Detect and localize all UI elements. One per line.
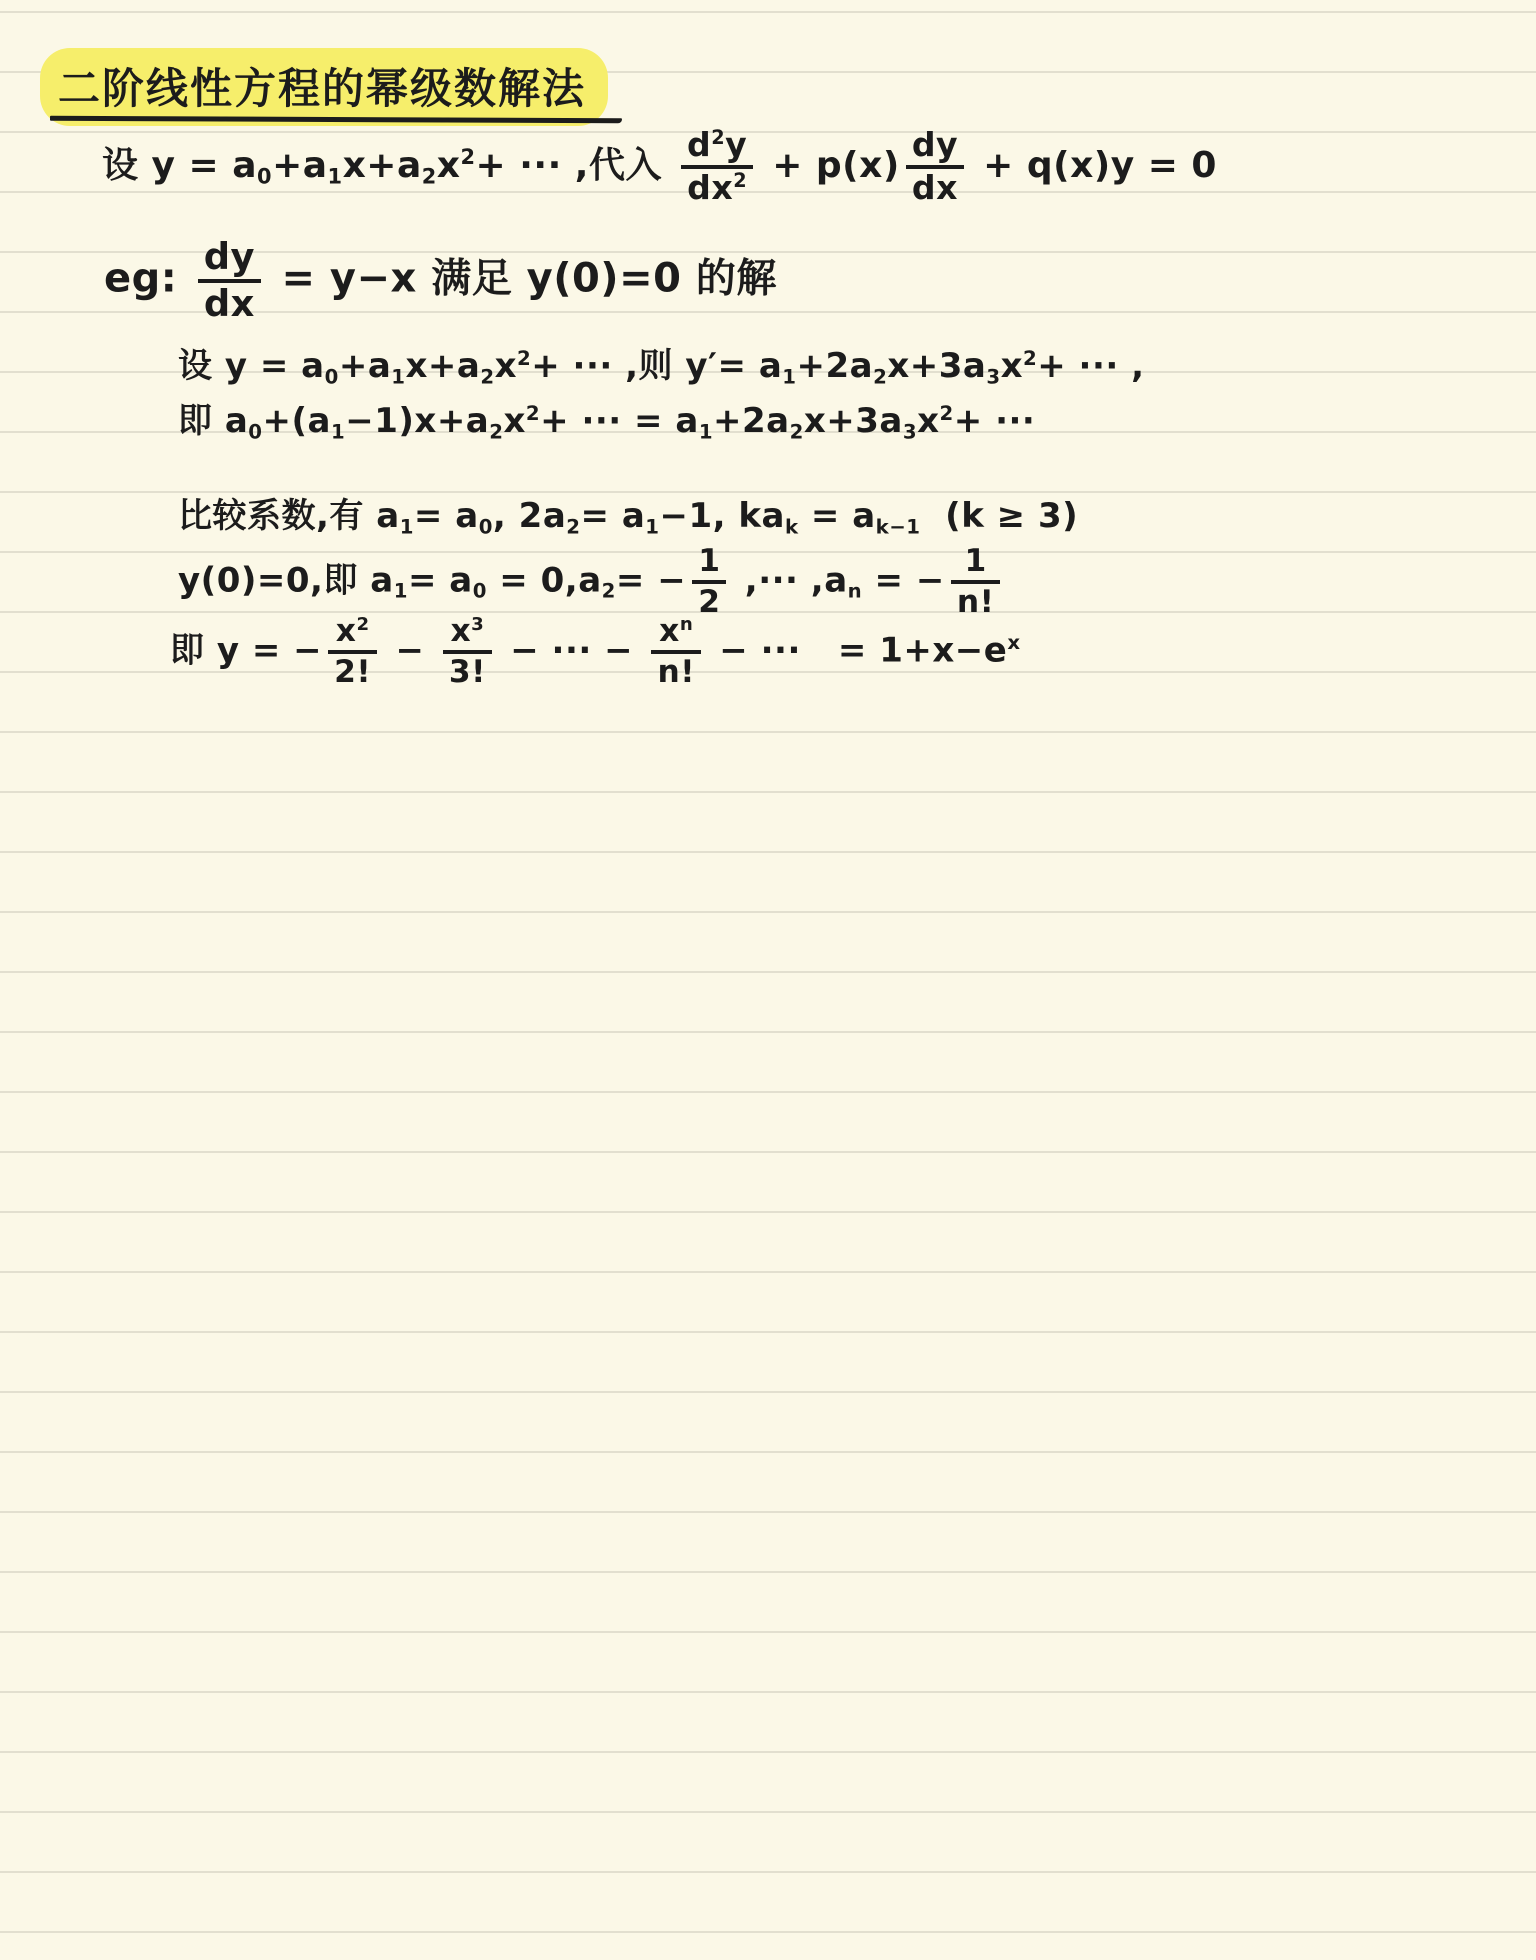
text-run: x+3a bbox=[804, 401, 903, 441]
text-run: dy bbox=[204, 235, 255, 278]
note-line-example-problem: eg: dydx = y−x 满足 y(0)=0 的解 bbox=[104, 238, 777, 323]
fraction-denominator: 3! bbox=[443, 650, 492, 689]
subscript: 3 bbox=[986, 365, 1000, 388]
fraction: dydx bbox=[198, 238, 261, 323]
fraction-numerator: dy bbox=[906, 128, 964, 165]
subscript: 1 bbox=[394, 580, 408, 603]
text-run: y(0)=0,即 a bbox=[178, 560, 394, 600]
text-run: dy bbox=[912, 125, 958, 164]
subscript: 0 bbox=[248, 420, 262, 443]
text-run: x bbox=[336, 613, 357, 649]
subscript: 2 bbox=[480, 365, 494, 388]
notebook-page: 二阶线性方程的幂级数解法 设 y = a0+a1x+a2x2+ ··· ,代入 … bbox=[0, 0, 1536, 1960]
text-run: 比较系数,有 a bbox=[178, 496, 400, 536]
fraction-denominator: n! bbox=[651, 650, 701, 689]
subscript: 1 bbox=[391, 365, 405, 388]
superscript: n bbox=[680, 614, 693, 635]
fraction-denominator: n! bbox=[951, 580, 1001, 619]
text-run: , 2a bbox=[493, 496, 566, 536]
note-line-assume-series-derivative: 设 y = a0+a1x+a2x2+ ··· ,则 y′= a1+2a2x+3a… bbox=[178, 345, 1145, 390]
fraction-denominator: 2! bbox=[328, 650, 377, 689]
text-run: 即 y = − bbox=[170, 630, 322, 670]
text-run: y bbox=[725, 125, 747, 164]
text-run: x bbox=[495, 346, 517, 386]
fraction-numerator: xn bbox=[653, 615, 699, 650]
subscript: k bbox=[785, 515, 799, 538]
fraction: xnn! bbox=[651, 615, 701, 689]
fraction-denominator: dx bbox=[198, 279, 261, 324]
note-line-series-substitution-equation: 设 y = a0+a1x+a2x2+ ··· ,代入 d2ydx2 + p(x)… bbox=[102, 128, 1217, 206]
text-run: 设 y = a bbox=[178, 346, 325, 386]
superscript: 2 bbox=[356, 614, 369, 635]
text-run: −1, ka bbox=[660, 496, 785, 536]
superscript: 2 bbox=[711, 126, 725, 149]
text-run: 1 bbox=[698, 543, 720, 579]
fraction-numerator: 1 bbox=[958, 545, 992, 580]
text-run: = a bbox=[408, 560, 473, 600]
text-run: (k ≥ 3) bbox=[921, 496, 1079, 536]
fraction: x33! bbox=[443, 615, 492, 689]
text-run: x bbox=[450, 613, 471, 649]
subscript: 2 bbox=[566, 515, 580, 538]
subscript: 1 bbox=[699, 420, 713, 443]
fraction-denominator: 2 bbox=[692, 580, 726, 619]
subscript: 3 bbox=[903, 420, 917, 443]
text-run: x+3a bbox=[887, 346, 986, 386]
text-run: 3! bbox=[449, 654, 486, 690]
text-run: x+a bbox=[343, 145, 422, 186]
text-run: 设 y = a bbox=[102, 145, 257, 186]
text-run: +a bbox=[272, 145, 327, 186]
page-title: 二阶线性方程的幂级数解法 bbox=[40, 48, 608, 126]
text-run: 2! bbox=[334, 654, 371, 690]
text-run: − bbox=[383, 630, 437, 670]
fraction-denominator: dx bbox=[906, 165, 964, 206]
text-run: = − bbox=[616, 560, 686, 600]
text-run: − ··· − bbox=[498, 630, 646, 670]
subscript: k−1 bbox=[876, 515, 921, 538]
text-run: = y−x 满足 y(0)=0 的解 bbox=[267, 256, 777, 302]
text-run: + p(x) bbox=[759, 145, 900, 186]
text-run: = a bbox=[799, 496, 876, 536]
subscript: 2 bbox=[873, 365, 887, 388]
fraction: 1n! bbox=[951, 545, 1001, 619]
subscript: n bbox=[848, 580, 863, 603]
fraction-numerator: x2 bbox=[330, 615, 376, 650]
fraction: x22! bbox=[328, 615, 377, 689]
subscript: 2 bbox=[422, 164, 437, 188]
fraction: dydx bbox=[906, 128, 964, 206]
subscript: 1 bbox=[331, 420, 345, 443]
note-line-compare-coefficients: 比较系数,有 a1= a0, 2a2= a1−1, kak = ak−1 (k … bbox=[178, 495, 1078, 540]
subscript: 2 bbox=[489, 420, 503, 443]
superscript: x bbox=[1007, 631, 1020, 654]
text-run: n! bbox=[657, 654, 695, 690]
text-run: eg: bbox=[104, 256, 192, 302]
text-run: = a bbox=[581, 496, 646, 536]
text-run: − ··· = 1+x−e bbox=[707, 630, 1007, 670]
text-run: + ··· bbox=[954, 401, 1036, 441]
superscript: 2 bbox=[526, 402, 540, 425]
fraction: d2ydx2 bbox=[681, 128, 753, 206]
subscript: 1 bbox=[645, 515, 659, 538]
fraction: 12 bbox=[692, 545, 726, 619]
fraction-numerator: 1 bbox=[692, 545, 726, 580]
superscript: 2 bbox=[517, 347, 531, 370]
text-run: + ··· , bbox=[1037, 346, 1144, 386]
subscript: 0 bbox=[473, 580, 487, 603]
text-run: x bbox=[1001, 346, 1023, 386]
text-run: = a bbox=[414, 496, 479, 536]
fraction-numerator: dy bbox=[198, 238, 261, 279]
subscript: 0 bbox=[325, 365, 339, 388]
text-run: = − bbox=[862, 560, 945, 600]
note-line-final-solution: 即 y = −x22! − x33! − ··· − xnn! − ··· = … bbox=[170, 615, 1021, 689]
text-run: x bbox=[503, 401, 525, 441]
text-run: +(a bbox=[263, 401, 331, 441]
text-run: + ··· = a bbox=[540, 401, 699, 441]
subscript: 2 bbox=[790, 420, 804, 443]
fraction-numerator: x3 bbox=[444, 615, 490, 650]
text-run: d bbox=[687, 125, 711, 164]
text-run: x bbox=[437, 145, 461, 186]
text-run: dx bbox=[912, 168, 958, 207]
text-run: dx bbox=[204, 282, 255, 325]
text-run: + ··· ,则 y′= a bbox=[531, 346, 782, 386]
superscript: 3 bbox=[471, 614, 484, 635]
text-run: −1)x+a bbox=[345, 401, 489, 441]
fraction-denominator: dx2 bbox=[681, 165, 753, 206]
text-run: dx bbox=[687, 168, 733, 207]
subscript: 1 bbox=[782, 365, 796, 388]
note-line-equated-series: 即 a0+(a1−1)x+a2x2+ ··· = a1+2a2x+3a3x2+ … bbox=[178, 400, 1035, 445]
text-run: 1 bbox=[964, 543, 986, 579]
superscript: 2 bbox=[733, 169, 747, 192]
subscript: 0 bbox=[479, 515, 493, 538]
page-title-text: 二阶线性方程的幂级数解法 bbox=[58, 64, 586, 113]
text-run: = 0,a bbox=[487, 560, 602, 600]
subscript: 1 bbox=[400, 515, 414, 538]
text-run: x bbox=[917, 401, 939, 441]
fraction-numerator: d2y bbox=[681, 128, 753, 165]
text-run: x bbox=[659, 613, 680, 649]
subscript: 1 bbox=[328, 164, 343, 188]
superscript: 2 bbox=[461, 145, 476, 169]
text-run: + ··· ,代入 bbox=[476, 145, 675, 186]
text-run: 即 a bbox=[178, 401, 248, 441]
text-run: +2a bbox=[797, 346, 874, 386]
note-line-initial-condition-coefficients: y(0)=0,即 a1= a0 = 0,a2= −12 ,··· ,an = −… bbox=[178, 545, 1006, 619]
text-run: +a bbox=[339, 346, 391, 386]
text-run: +2a bbox=[713, 401, 790, 441]
text-run: + q(x)y = 0 bbox=[970, 145, 1217, 186]
subscript: 0 bbox=[257, 164, 272, 188]
subscript: 2 bbox=[602, 580, 616, 603]
text-run: x+a bbox=[405, 346, 480, 386]
superscript: 2 bbox=[1023, 347, 1037, 370]
text-run: ,··· ,a bbox=[732, 560, 847, 600]
superscript: 2 bbox=[940, 402, 954, 425]
